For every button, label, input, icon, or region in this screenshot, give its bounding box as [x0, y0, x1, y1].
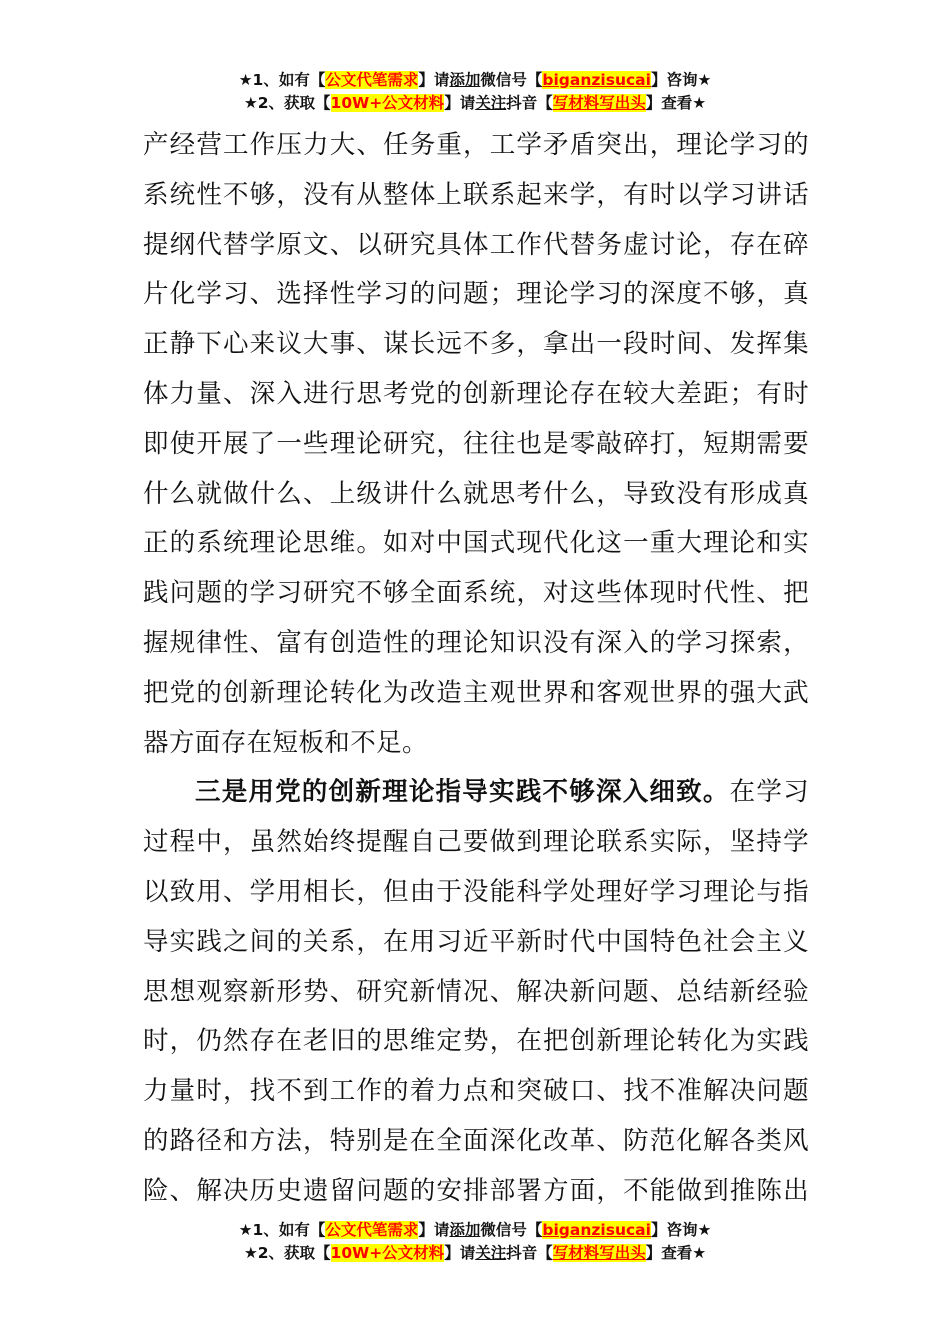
text-line: 思想观察新形势、研究新情况、解决新问题、总结新经验	[143, 968, 809, 1018]
text-line: 力量时，找不到工作的着力点和突破口、找不准解决问题	[143, 1067, 809, 1117]
text-line: 产经营工作压力大、任务重，工学矛盾突出，理论学习的	[143, 121, 809, 171]
banner-text: 】查看★	[646, 94, 706, 112]
text-line: 提纲代替学原文、以研究具体工作代替务虚讨论，存在碎	[143, 221, 809, 271]
underlined-follow: 关注	[475, 94, 506, 112]
banner-text: ★1、如有【	[239, 71, 326, 89]
paragraph-1: 产经营工作压力大、任务重，工学矛盾突出，理论学习的 系统性不够，没有从整体上联系…	[143, 121, 809, 768]
text-line: 以致用、学用相长，但由于没能科学处理好学习理论与指	[143, 868, 809, 918]
text-line: 正的系统理论思维。如对中国式现代化这一重大理论和实	[143, 519, 809, 569]
underlined-add: 添加	[449, 71, 480, 89]
text-fragment: 在学习	[730, 777, 809, 807]
banner-line-2: ★2、获取【10W+公文材料】请关注抖音【写材料写出头】查看★	[0, 92, 950, 115]
wechat-id-link[interactable]: biganzisucai	[542, 1221, 651, 1239]
text-line: 片化学习、选择性学习的问题；理论学习的深度不够，真	[143, 270, 809, 320]
footer-banner: ★1、如有【公文代笔需求】请添加微信号【biganzisucai】咨询★ ★2、…	[0, 1219, 950, 1265]
banner-text: 】请	[418, 71, 449, 89]
text-line: 践问题的学习研究不够全面系统，对这些体现时代性、把	[143, 569, 809, 619]
text-line: 的路径和方法，特别是在全面深化改革、防范化解各类风	[143, 1117, 809, 1167]
text-line: 什么就做什么、上级讲什么就思考什么，导致没有形成真	[143, 470, 809, 520]
highlight-materials: 10W+公文材料	[331, 94, 445, 112]
banner-text: 】请	[418, 1221, 449, 1239]
paragraph-2-first-line: 三是用党的创新理论指导实践不够深入细致。在学习	[143, 768, 809, 818]
banner-line-1: ★1、如有【公文代笔需求】请添加微信号【biganzisucai】咨询★	[0, 1219, 950, 1242]
text-line: 握规律性、富有创造性的理论知识没有深入的学习探索，	[143, 619, 809, 669]
text-line: 器方面存在短板和不足。	[143, 719, 809, 769]
text-line: 体力量、深入进行思考党的创新理论存在较大差距；有时	[143, 370, 809, 420]
text-line: 正静下心来议大事、谋长远不多，拿出一段时间、发挥集	[143, 320, 809, 370]
banner-text: 】咨询★	[651, 71, 711, 89]
text-line: 时，仍然存在老旧的思维定势，在把创新理论转化为实践	[143, 1017, 809, 1067]
text-line: 即使开展了一些理论研究，往往也是零敲碎打，短期需要	[143, 420, 809, 470]
banner-text: 】查看★	[646, 1244, 706, 1262]
highlight-writing-service: 公文代笔需求	[325, 71, 418, 89]
banner-text: ★2、获取【	[244, 1244, 331, 1262]
banner-text: 微信号【	[480, 1221, 542, 1239]
paragraph-2: 三是用党的创新理论指导实践不够深入细致。在学习 过程中，虽然始终提醒自己要做到理…	[143, 768, 809, 1216]
banner-text: 微信号【	[480, 71, 542, 89]
text-line: 过程中，虽然始终提醒自己要做到理论联系实际，坚持学	[143, 818, 809, 868]
banner-text: 】请	[444, 1244, 475, 1262]
douyin-account-link[interactable]: 写材料写出头	[553, 94, 646, 112]
text-line: 险、解决历史遗留问题的安排部署方面，不能做到推陈出	[143, 1167, 809, 1217]
text-line: 系统性不够，没有从整体上联系起来学，有时以学习讲话	[143, 171, 809, 221]
highlight-materials: 10W+公文材料	[331, 1244, 445, 1262]
underlined-follow: 关注	[475, 1244, 506, 1262]
underlined-add: 添加	[449, 1221, 480, 1239]
text-line: 导实践之间的关系，在用习近平新时代中国特色社会主义	[143, 918, 809, 968]
banner-text: 】咨询★	[651, 1221, 711, 1239]
banner-text: 抖音【	[506, 94, 553, 112]
douyin-account-link[interactable]: 写材料写出头	[553, 1244, 646, 1262]
banner-text: 抖音【	[506, 1244, 553, 1262]
section-heading: 三是用党的创新理论指导实践不够深入细致。	[195, 777, 730, 807]
wechat-id-link[interactable]: biganzisucai	[542, 71, 651, 89]
banner-line-1: ★1、如有【公文代笔需求】请添加微信号【biganzisucai】咨询★	[0, 69, 950, 92]
banner-line-2: ★2、获取【10W+公文材料】请关注抖音【写材料写出头】查看★	[0, 1242, 950, 1265]
banner-text: 】请	[444, 94, 475, 112]
banner-text: ★1、如有【	[239, 1221, 326, 1239]
highlight-writing-service: 公文代笔需求	[325, 1221, 418, 1239]
text-line: 把党的创新理论转化为改造主观世界和客观世界的强大武	[143, 669, 809, 719]
header-banner: ★1、如有【公文代笔需求】请添加微信号【biganzisucai】咨询★ ★2、…	[0, 69, 950, 115]
document-body: 产经营工作压力大、任务重，工学矛盾突出，理论学习的 系统性不够，没有从整体上联系…	[143, 121, 809, 1217]
banner-text: ★2、获取【	[244, 94, 331, 112]
